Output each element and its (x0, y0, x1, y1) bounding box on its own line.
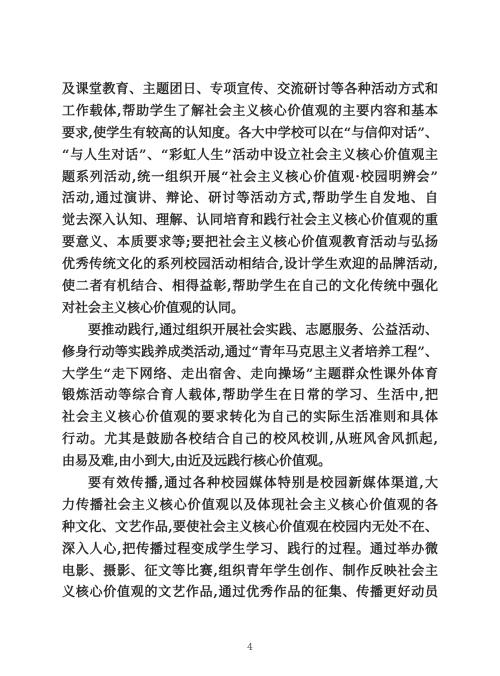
text-line: 活动,通过演讲、辩论、研讨等活动方式,帮助学生自发地、自 (62, 188, 438, 210)
text-line: 大学生“走下网络、走出宿舍、走向操场”主题群众性课外体育 (62, 364, 438, 386)
text-line: 社会主义核心价值观的要求转化为自己的实际生活准则和具体 (62, 407, 438, 429)
text-line: 力传播社会主义核心价值观以及体现社会主义核心价值观的各 (62, 495, 438, 517)
text-line: 要有效传播,通过各种校园媒体特别是校园新媒体渠道,大 (62, 473, 438, 495)
text-line: 要求,使学生有较高的认知度。各大中学校可以在“与信仰对话”、 (62, 123, 438, 145)
text-line: 行动。尤其是鼓励各校结合自己的校风校训,从班风舍风抓起, (62, 429, 438, 451)
text-line: 使二者有机结合、相得益彰,帮助学生在自己的文化传统中强化 (62, 276, 438, 298)
text-line: 修身行动等实践养成类活动,通过“青年马克思主义者培养工程”、 (62, 342, 438, 364)
text-line: 觉去深入认知、理解、认同培育和践行社会主义核心价值观的重 (62, 210, 438, 232)
page-number: 4 (0, 641, 500, 655)
document-page: 及课堂教育、主题团日、专项宣传、交流研讨等各种活动方式和 工作载体,帮助学生了解… (0, 0, 500, 676)
text-line: 深入人心,把传播过程变成学生学习、践行的过程。通过举办微 (62, 539, 438, 561)
text-line: 要意义、本质要求等;要把社会主义核心价值观教育活动与弘扬 (62, 232, 438, 254)
text-line: 题系列活动,统一组织开展“社会主义核心价值观·校园明辨会” (62, 167, 438, 189)
text-line: 要推动践行,通过组织开展社会实践、志愿服务、公益活动、 (62, 320, 438, 342)
page-text: 及课堂教育、主题团日、专项宣传、交流研讨等各种活动方式和 工作载体,帮助学生了解… (62, 79, 438, 604)
text-line: 电影、摄影、征文等比赛,组织青年学生创作、制作反映社会主 (62, 561, 438, 583)
text-line: “与人生对话”、“彩虹人生”活动中设立社会主义核心价值观主 (62, 145, 438, 167)
text-line: 义核心价值观的文艺作品,通过优秀作品的征集、传播更好动员 (62, 582, 438, 604)
text-line: 及课堂教育、主题团日、专项宣传、交流研讨等各种活动方式和 (62, 79, 438, 101)
text-line: 种文化、文艺作品,要使社会主义核心价值观在校园内无处不在、 (62, 517, 438, 539)
text-line: 优秀传统文化的系列校园活动相结合,设计学生欢迎的品牌活动, (62, 254, 438, 276)
text-line: 工作载体,帮助学生了解社会主义核心价值观的主要内容和基本 (62, 101, 438, 123)
text-line: 对社会主义核心价值观的认同。 (62, 298, 438, 320)
text-line: 由易及难,由小到大,由近及远践行核心价值观。 (62, 451, 438, 473)
text-line: 锻炼活动等综合育人载体,帮助学生在日常的学习、生活中,把 (62, 385, 438, 407)
